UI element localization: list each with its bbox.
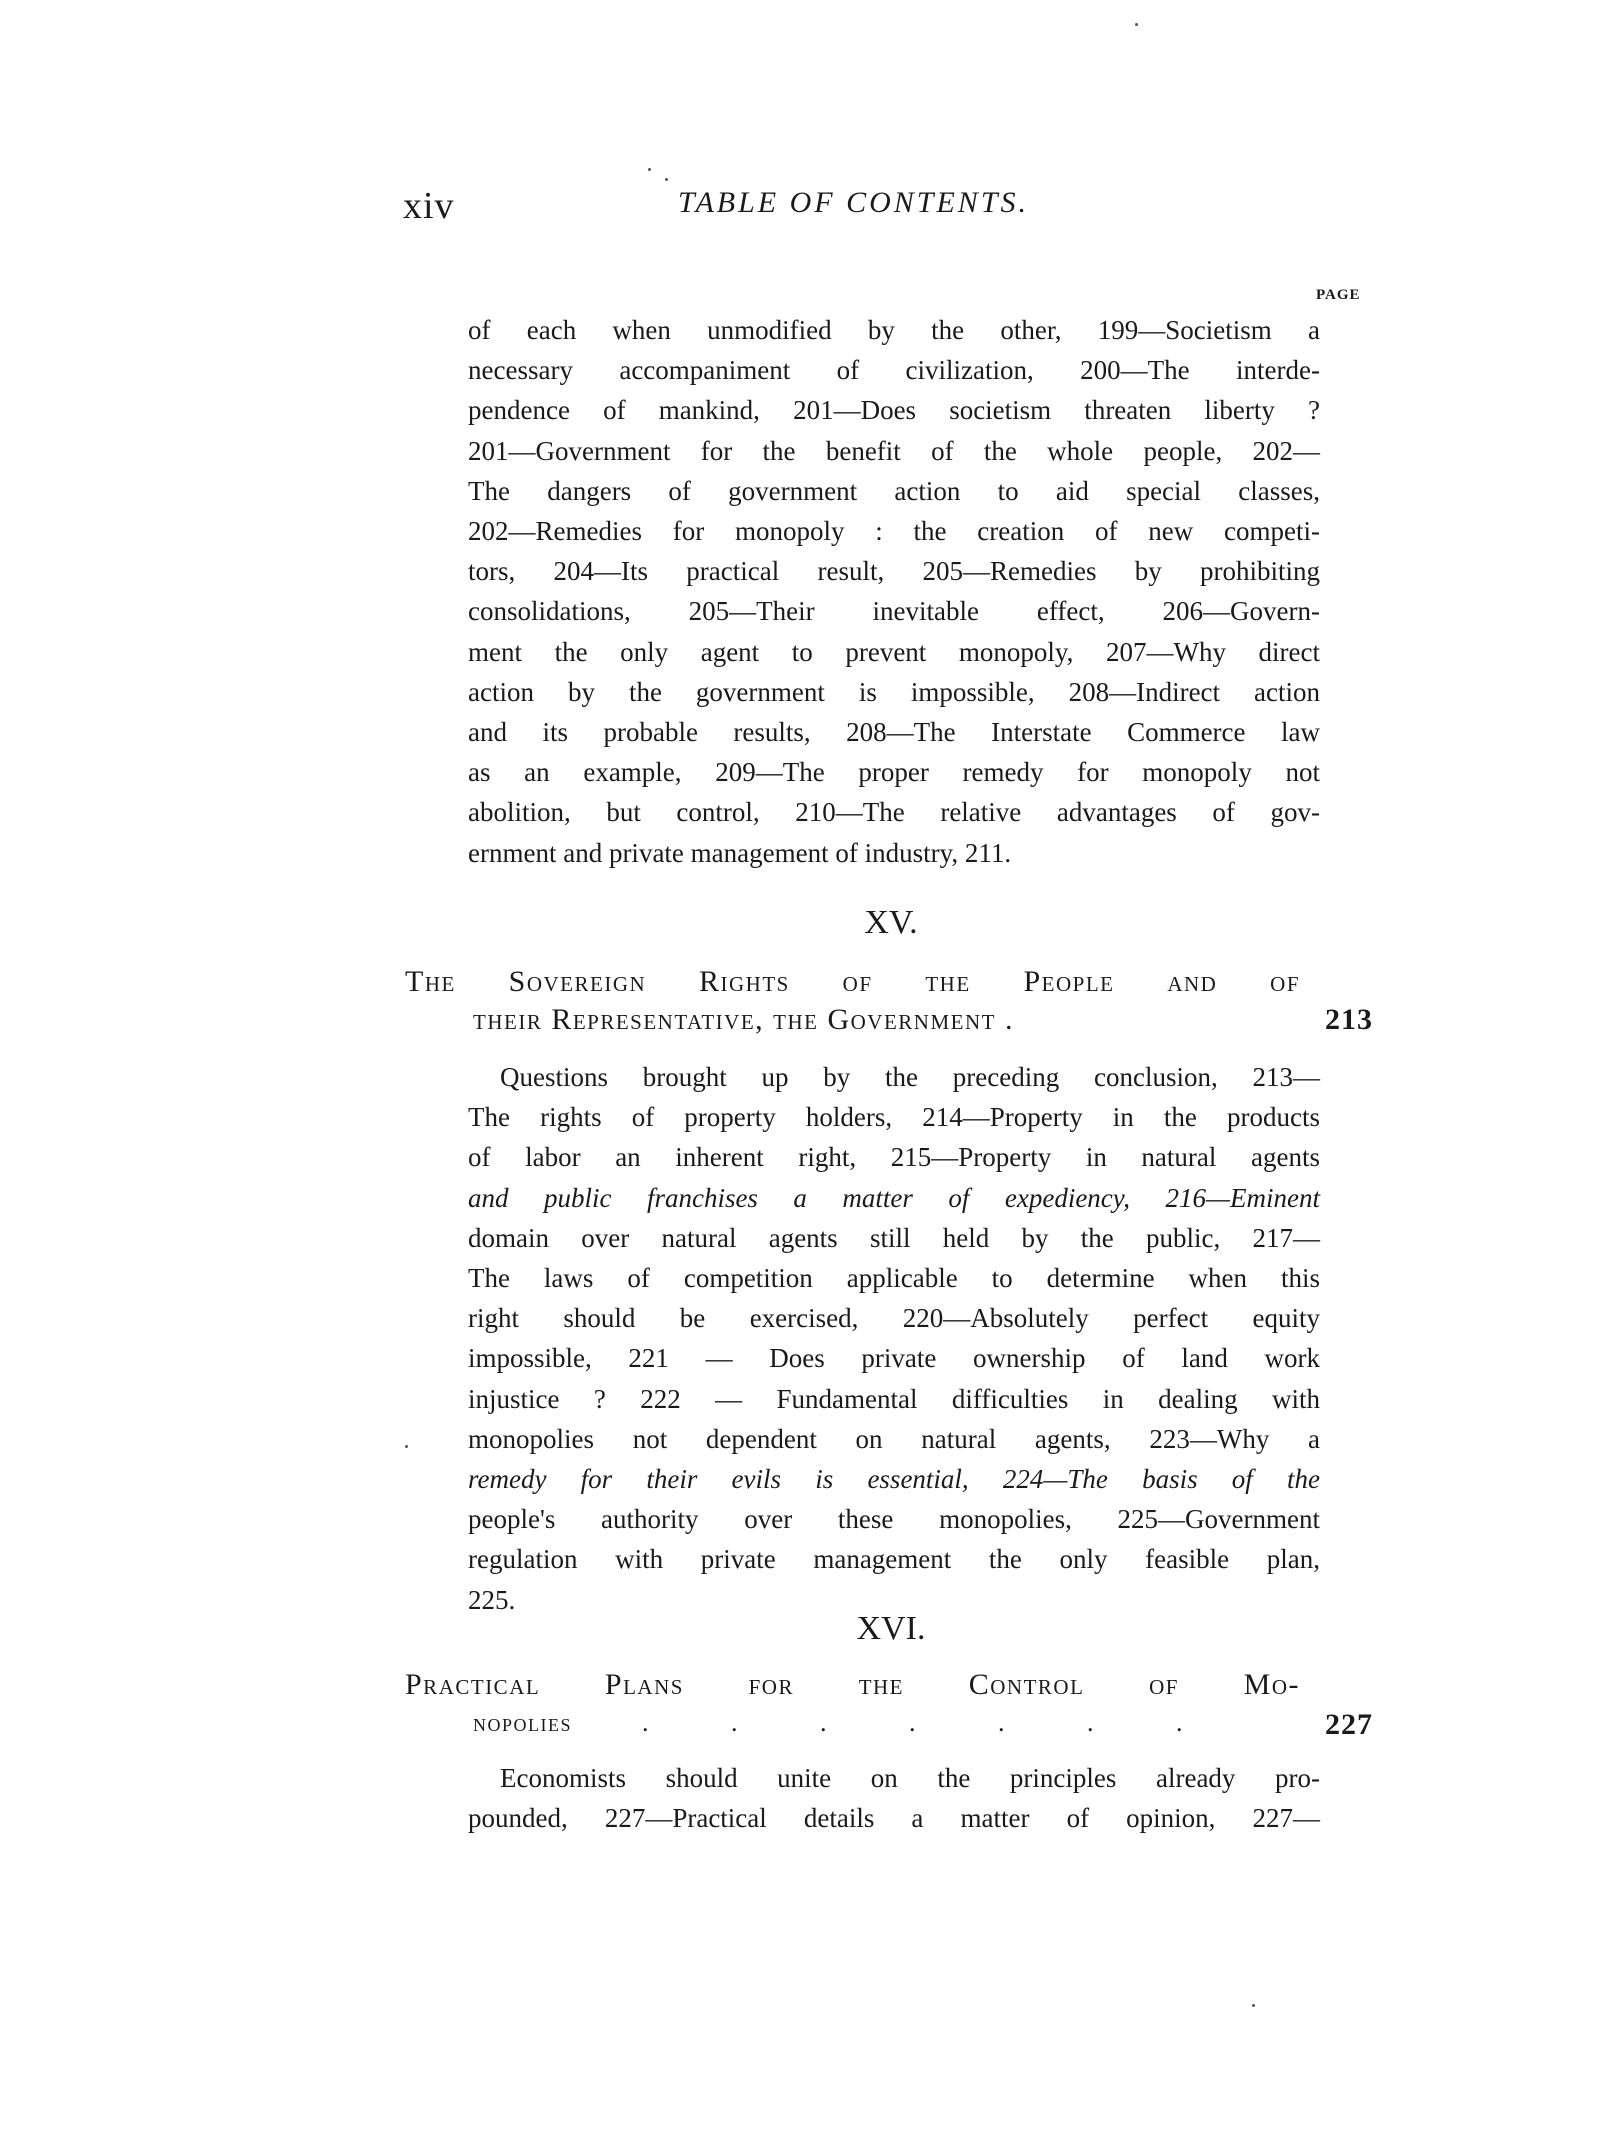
summary-line: impossible, 221 — Does private ownership… (468, 1338, 1320, 1378)
chapter-title-line: The Sovereign Rights of the People and o… (405, 965, 1300, 999)
summary-line: 202—Remedies for monopoly : the creation… (468, 511, 1320, 551)
summary-line: and public franchises a matter of expedi… (468, 1178, 1320, 1218)
scan-speck (405, 1445, 408, 1448)
chapter-title-line: Practical Plans for the Control of Mo- (405, 1668, 1300, 1702)
summary-line: right should be exercised, 220—Absolutel… (468, 1298, 1320, 1338)
chapter-title-xvi: Practical Plans for the Control of Mo- n… (405, 1668, 1355, 1738)
chapter-summary-xvi: Economists should unite on the principle… (468, 1758, 1320, 1838)
chapter-title-xv: The Sovereign Rights of the People and o… (405, 965, 1355, 1037)
chapter-page-number[interactable]: 213 (1325, 1003, 1373, 1037)
summary-line: and its probable results, 208—The Inters… (468, 712, 1320, 752)
summary-line: ment the only agent to prevent monopoly,… (468, 632, 1320, 672)
continuation-summary: of each when unmodified by the other, 19… (468, 310, 1320, 873)
chapter-title-line: their Representative, the Government . 2… (405, 1003, 1355, 1037)
running-head: TABLE OF CONTENTS. (678, 186, 1029, 220)
summary-line: abolition, but control, 210—The relative… (468, 792, 1320, 832)
chapter-summary-xv: Questions brought up by the preceding co… (468, 1057, 1320, 1620)
scan-speck (648, 168, 651, 171)
summary-line: pounded, 227—Practical details a matter … (468, 1798, 1320, 1838)
summary-line: pendence of mankind, 201—Does societism … (468, 390, 1320, 430)
summary-line: ernment and private management of indust… (468, 833, 1320, 873)
summary-line: The rights of property holders, 214—Prop… (468, 1097, 1320, 1137)
summary-line: monopolies not dependent on natural agen… (468, 1419, 1320, 1459)
book-page: xiv TABLE OF CONTENTS. PAGE of each when… (0, 0, 1622, 2149)
summary-line: Questions brought up by the preceding co… (468, 1057, 1320, 1097)
page-column-label: PAGE (1316, 287, 1361, 304)
summary-line: of labor an inherent right, 215—Property… (468, 1137, 1320, 1177)
summary-line: remedy for their evils is essential, 224… (468, 1459, 1320, 1499)
summary-line: people's authority over these monopolies… (468, 1499, 1320, 1539)
summary-line: tors, 204—Its practical result, 205—Reme… (468, 551, 1320, 591)
chapter-numeral-xvi: XVI. (80, 1610, 1622, 1648)
summary-line: The laws of competition applicable to de… (468, 1258, 1320, 1298)
chapter-numeral-xv: XV. (80, 904, 1622, 942)
summary-line: domain over natural agents still held by… (468, 1218, 1320, 1258)
summary-line: regulation with private management the o… (468, 1539, 1320, 1579)
summary-line: consolidations, 205—Their inevitable eff… (468, 591, 1320, 631)
summary-line: of each when unmodified by the other, 19… (468, 310, 1320, 350)
scan-speck (1252, 2004, 1255, 2007)
chapter-page-number[interactable]: 227 (1325, 1708, 1373, 1742)
scan-speck (665, 178, 668, 181)
leader-dots: . . . . . . . (572, 1708, 1221, 1737)
chapter-title-line: nopolies. . . . . . . 227 (405, 1708, 1355, 1738)
summary-line: injustice ? 222 — Fundamental difficulti… (468, 1379, 1320, 1419)
summary-line: action by the government is impossible, … (468, 672, 1320, 712)
scan-speck (1135, 23, 1138, 26)
summary-line: 201—Government for the benefit of the wh… (468, 431, 1320, 471)
page-folio: xiv (403, 184, 455, 228)
summary-line: necessary accompaniment of civilization,… (468, 350, 1320, 390)
summary-line: as an example, 209—The proper remedy for… (468, 752, 1320, 792)
chapter-title-line-text: nopolies (473, 1708, 572, 1737)
summary-line: Economists should unite on the principle… (468, 1758, 1320, 1798)
chapter-title-line-text: their Representative, the Government . (473, 1003, 1014, 1036)
summary-line: The dangers of government action to aid … (468, 471, 1320, 511)
